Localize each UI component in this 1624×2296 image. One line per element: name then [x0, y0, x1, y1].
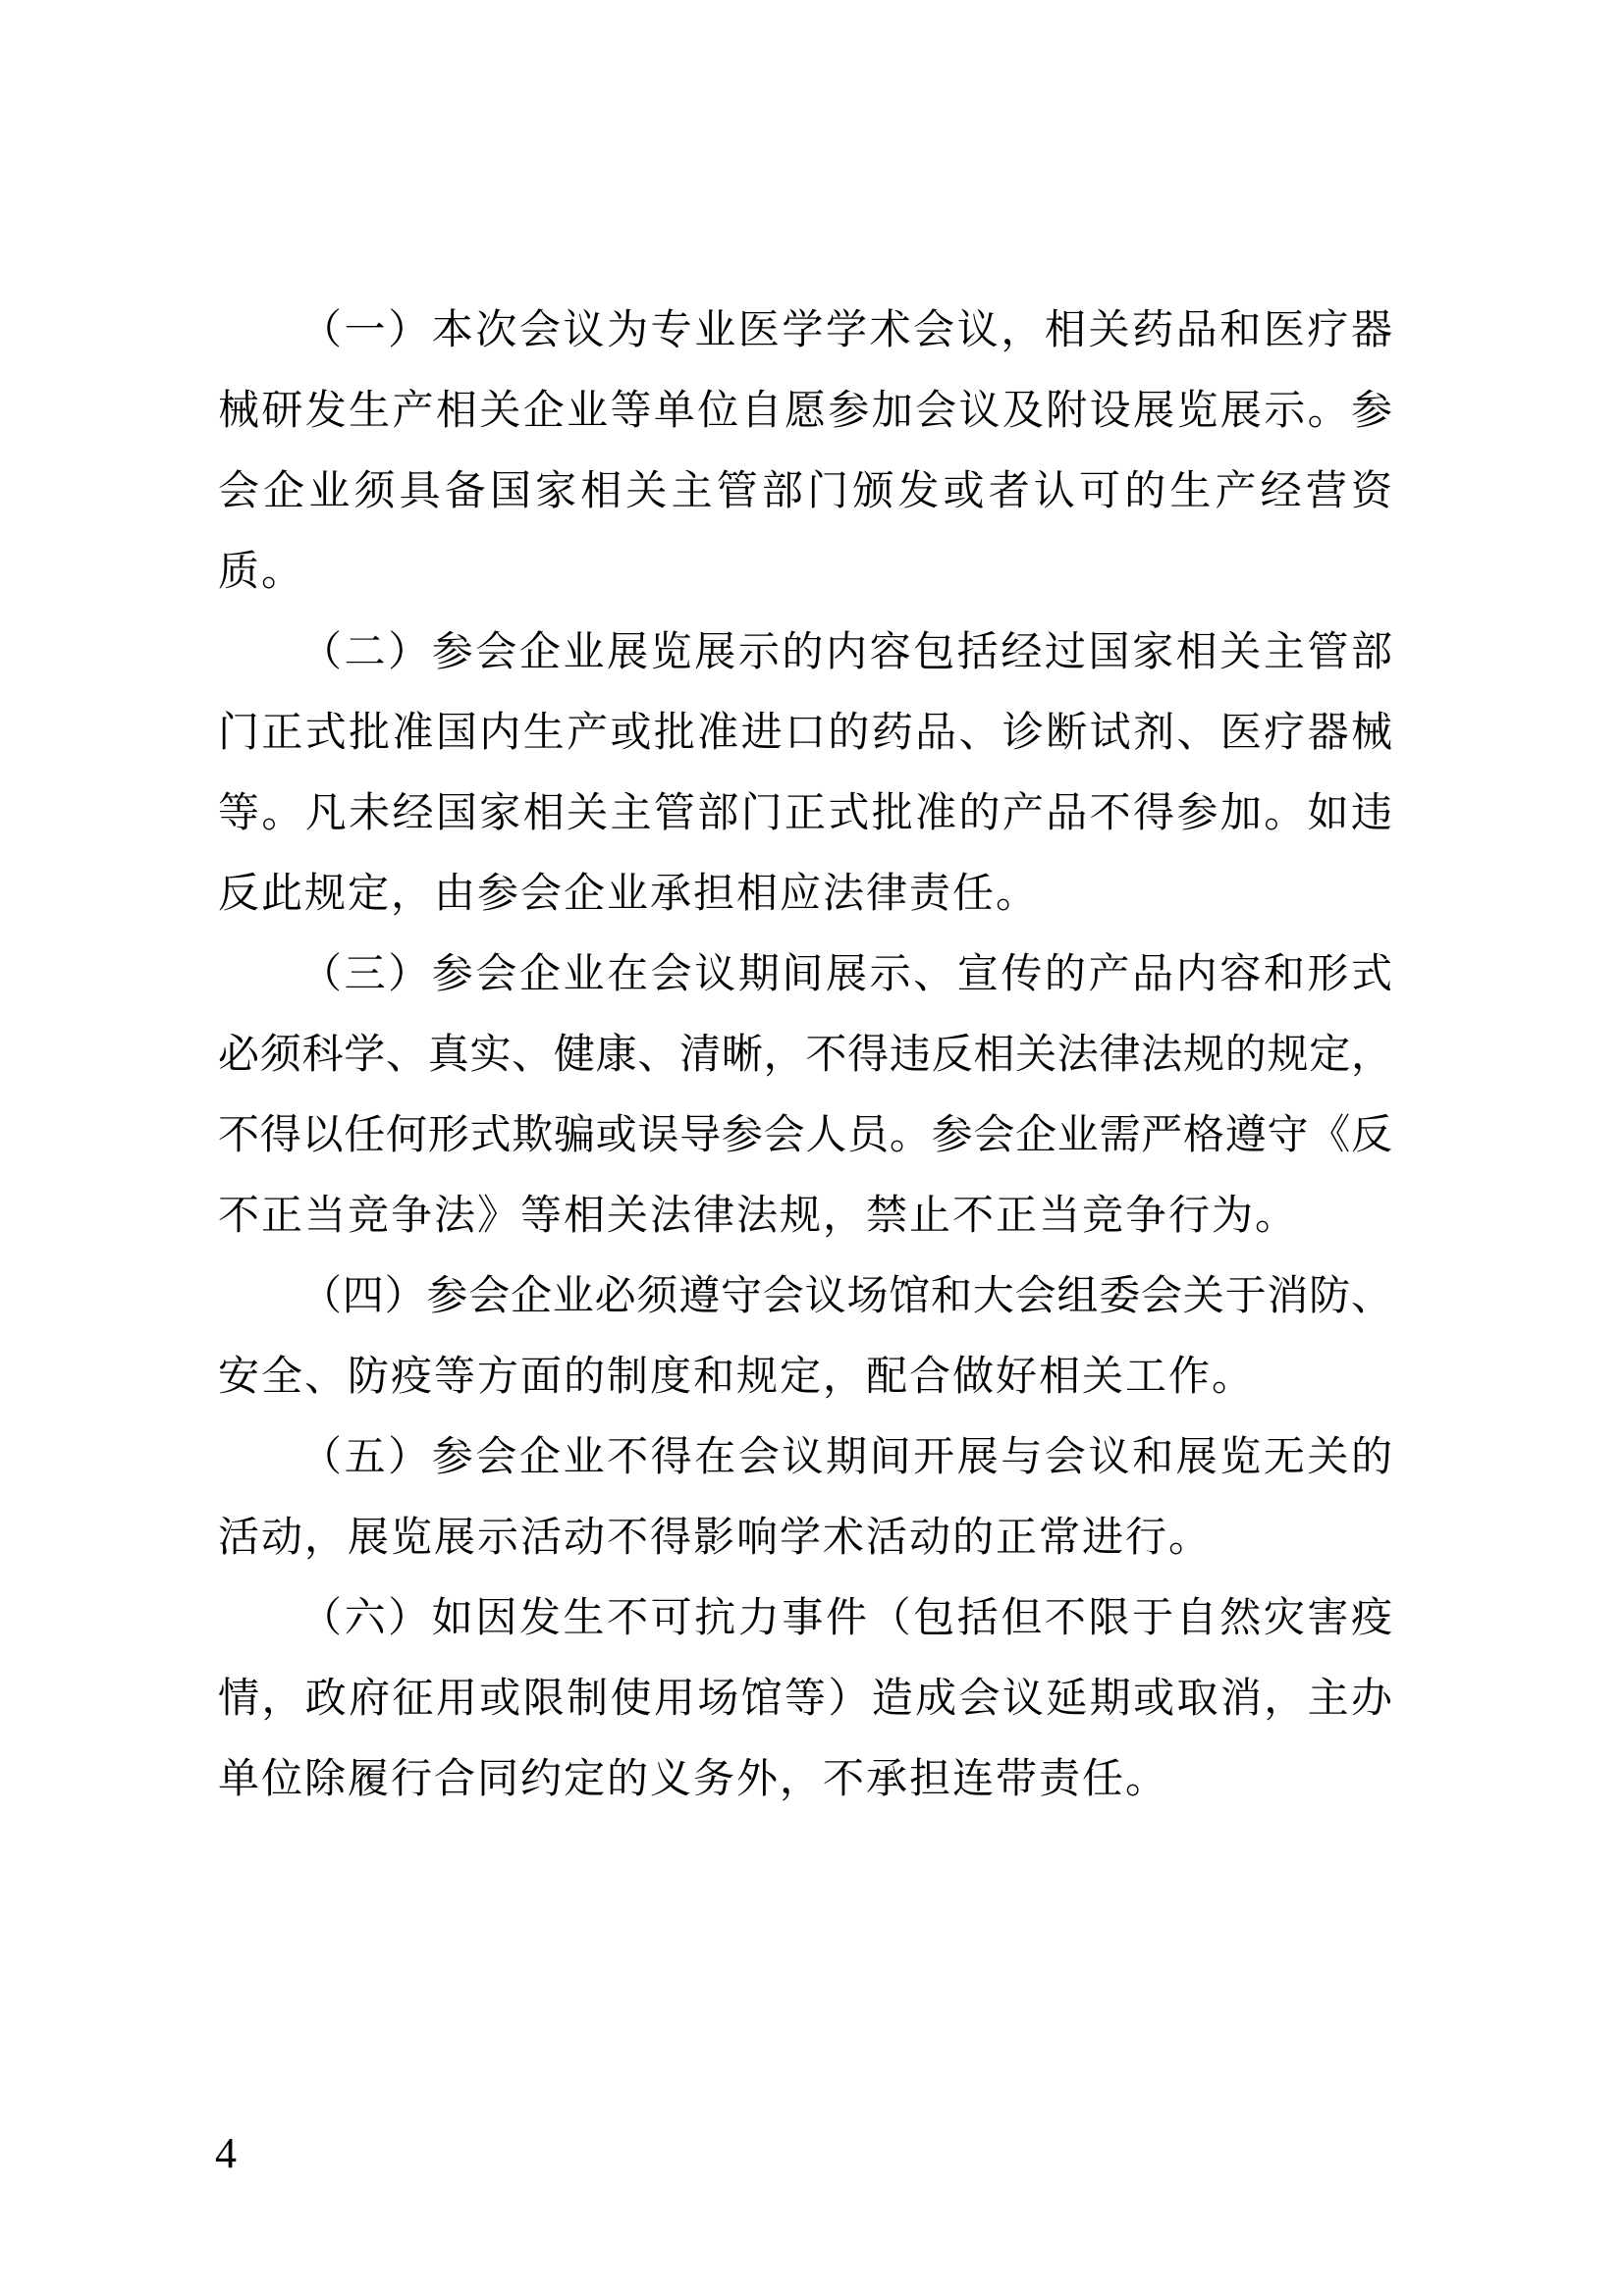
text-line-6: 门正式批准国内生产或批准进口的药品、诊断试剂、医疗器械	[218, 693, 1392, 774]
text-line-12: 不正当竞争法》等相关法律法规，禁止不正当竞争行为。	[218, 1176, 1392, 1256]
text-line-13: （四）参会企业必须遵守会议场馆和大会组委会关于消防、	[218, 1256, 1392, 1337]
text-line-1: （一）本次会议为专业医学学术会议，相关药品和医疗器	[218, 291, 1392, 371]
text-line-18: 情，政府征用或限制使用场馆等）造成会议延期或取消，主办	[218, 1659, 1392, 1739]
document-page: （一）本次会议为专业医学学术会议，相关药品和医疗器 械研发生产相关企业等单位自愿…	[0, 0, 1624, 2296]
text-line-8: 反此规定，由参会企业承担相应法律责任。	[218, 854, 1392, 934]
text-line-11: 不得以任何形式欺骗或误导参会人员。参会企业需严格遵守《反	[218, 1095, 1392, 1176]
text-line-14: 安全、防疫等方面的制度和规定，配合做好相关工作。	[218, 1337, 1392, 1417]
text-line-17: （六）如因发生不可抗力事件（包括但不限于自然灾害疫	[218, 1578, 1392, 1659]
text-line-7: 等。凡未经国家相关主管部门正式批准的产品不得参加。如违	[218, 774, 1392, 854]
text-line-5: （二）参会企业展览展示的内容包括经过国家相关主管部	[218, 613, 1392, 693]
text-line-19: 单位除履行合同约定的义务外，不承担连带责任。	[218, 1739, 1392, 1820]
document-text: （一）本次会议为专业医学学术会议，相关药品和医疗器 械研发生产相关企业等单位自愿…	[218, 291, 1392, 1820]
text-line-4: 质。	[218, 532, 1392, 613]
text-line-15: （五）参会企业不得在会议期间开展与会议和展览无关的	[218, 1417, 1392, 1498]
text-line-3: 会企业须具备国家相关主管部门颁发或者认可的生产经营资	[218, 452, 1392, 532]
page-number: 4	[215, 2132, 237, 2175]
text-line-2: 械研发生产相关企业等单位自愿参加会议及附设展览展示。参	[218, 371, 1392, 452]
text-line-9: （三）参会企业在会议期间展示、宣传的产品内容和形式	[218, 934, 1392, 1015]
text-line-10: 必须科学、真实、健康、清晰，不得违反相关法律法规的规定，	[218, 1015, 1392, 1095]
text-line-16: 活动，展览展示活动不得影响学术活动的正常进行。	[218, 1498, 1392, 1578]
